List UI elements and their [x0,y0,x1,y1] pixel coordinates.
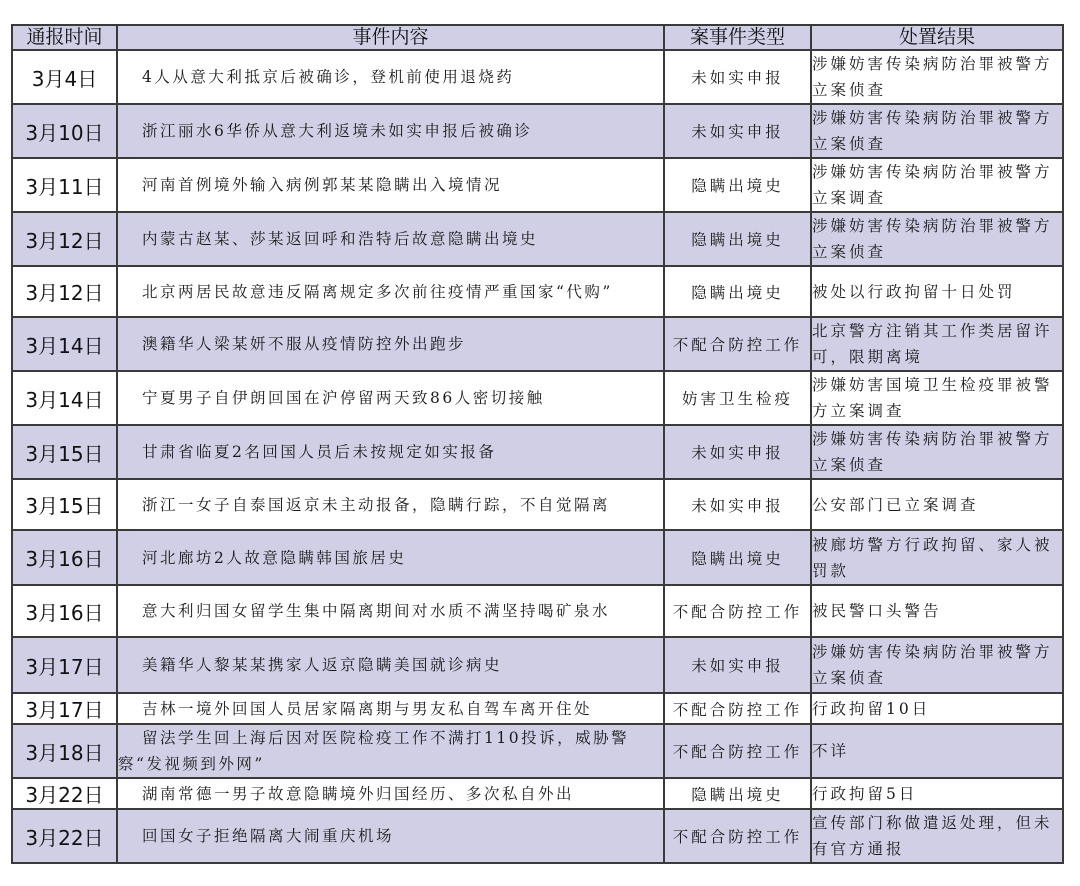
case-type-cell: 隐瞒出境史 [664,530,811,585]
disposal-result-cell: 被民警口头警告 [811,585,1063,637]
case-type-cell: 未如实申报 [664,50,811,104]
disposal-result-cell: 北京警方注销其工作类居留许可，限期离境 [811,317,1063,371]
event-content-cell: 意大利归国女留学生集中隔离期间对水质不满坚持喝矿泉水 [117,585,664,637]
table-body: 3月4日4人从意大利抵京后被确诊，登机前使用退烧药未如实申报涉嫌妨害传染病防治罪… [12,50,1063,863]
report-date-cell: 3月15日 [12,425,117,479]
report-date-cell: 3月16日 [12,585,117,637]
case-type-cell: 未如实申报 [664,479,811,530]
case-type-cell: 未如实申报 [664,425,811,479]
disposal-result-cell: 涉嫌妨害传染病防治罪被警方立案侦查 [811,104,1063,158]
table-row: 3月15日甘肃省临夏2名回国人员后未按规定如实报备未如实申报涉嫌妨害传染病防治罪… [12,425,1063,479]
event-content-cell: 4人从意大利抵京后被确诊，登机前使用退烧药 [117,50,664,104]
event-content-cell: 河北廊坊2人故意隐瞒韩国旅居史 [117,530,664,585]
table-row: 3月12日北京两居民故意违反隔离规定多次前往疫情严重国家“代购”隐瞒出境史被处以… [12,266,1063,317]
header-row: 通报时间 事件内容 案事件类型 处置结果 [12,25,1063,50]
header-disposal-result: 处置结果 [811,25,1063,50]
report-date-cell: 3月14日 [12,317,117,371]
event-content-cell: 甘肃省临夏2名回国人员后未按规定如实报备 [117,425,664,479]
disposal-result-cell: 被处以行政拘留十日处罚 [811,266,1063,317]
report-date-cell: 3月16日 [12,530,117,585]
header-event-content: 事件内容 [117,25,664,50]
disposal-result-cell: 涉嫌妨害传染病防治罪被警方立案侦查 [811,212,1063,266]
event-content-cell: 澳籍华人梁某妍不服从疫情防控外出跑步 [117,317,664,371]
disposal-result-cell: 公安部门已立案调查 [811,479,1063,530]
disposal-result-cell: 涉嫌妨害传染病防治罪被警方立案侦查 [811,637,1063,693]
case-type-cell: 隐瞒出境史 [664,266,811,317]
table-row: 3月12日内蒙古赵某、莎某返回呼和浩特后故意隐瞒出境史隐瞒出境史涉嫌妨害传染病防… [12,212,1063,266]
event-content-cell: 浙江一女子自泰国返京未主动报备，隐瞒行踪，不自觉隔离 [117,479,664,530]
case-type-cell: 不配合防控工作 [664,317,811,371]
disposal-result-cell: 涉嫌妨害国境卫生检疫罪被警方立案调查 [811,371,1063,425]
case-type-cell: 不配合防控工作 [664,809,811,863]
report-date-cell: 3月22日 [12,778,117,809]
report-date-cell: 3月15日 [12,479,117,530]
event-content-cell: 内蒙古赵某、莎某返回呼和浩特后故意隐瞒出境史 [117,212,664,266]
header-case-type: 案事件类型 [664,25,811,50]
table-row: 3月14日宁夏男子自伊朗回国在沪停留两天致86人密切接触妨害卫生检疫涉嫌妨害国境… [12,371,1063,425]
table-row: 3月22日回国女子拒绝隔离大闹重庆机场不配合防控工作宣传部门称做遣返处理，但未有… [12,809,1063,863]
disposal-result-cell: 宣传部门称做遣返处理，但未有官方通报 [811,809,1063,863]
table-row: 3月16日意大利归国女留学生集中隔离期间对水质不满坚持喝矿泉水不配合防控工作被民… [12,585,1063,637]
table-row: 3月17日美籍华人黎某某携家人返京隐瞒美国就诊病史未如实申报涉嫌妨害传染病防治罪… [12,637,1063,693]
case-type-cell: 隐瞒出境史 [664,778,811,809]
table-row: 3月18日留法学生回上海后因对医院检疫工作不满打110投诉，威胁警察“发视频到外… [12,724,1063,778]
case-type-cell: 不配合防控工作 [664,693,811,724]
table-row: 3月16日河北廊坊2人故意隐瞒韩国旅居史隐瞒出境史被廊坊警方行政拘留、家人被罚款 [12,530,1063,585]
report-date-cell: 3月10日 [12,104,117,158]
report-date-cell: 3月4日 [12,50,117,104]
event-content-cell: 回国女子拒绝隔离大闹重庆机场 [117,809,664,863]
table-row: 3月22日湖南常德一男子故意隐瞒境外归国经历、多次私自外出隐瞒出境史行政拘留5日 [12,778,1063,809]
incident-table: 通报时间 事件内容 案事件类型 处置结果 3月4日4人从意大利抵京后被确诊，登机… [11,24,1064,864]
report-date-cell: 3月22日 [12,809,117,863]
event-content-cell: 北京两居民故意违反隔离规定多次前往疫情严重国家“代购” [117,266,664,317]
case-type-cell: 妨害卫生检疫 [664,371,811,425]
table-row: 3月14日澳籍华人梁某妍不服从疫情防控外出跑步不配合防控工作北京警方注销其工作类… [12,317,1063,371]
event-content-cell: 河南首例境外输入病例郭某某隐瞒出入境情况 [117,158,664,212]
case-type-cell: 隐瞒出境史 [664,158,811,212]
report-date-cell: 3月12日 [12,212,117,266]
event-content-cell: 美籍华人黎某某携家人返京隐瞒美国就诊病史 [117,637,664,693]
disposal-result-cell: 涉嫌妨害传染病防治罪被警方立案侦查 [811,50,1063,104]
disposal-result-cell: 涉嫌妨害传染病防治罪被警方立案侦查 [811,425,1063,479]
disposal-result-cell: 行政拘留5日 [811,778,1063,809]
report-date-cell: 3月18日 [12,724,117,778]
report-date-cell: 3月14日 [12,371,117,425]
case-type-cell: 未如实申报 [664,104,811,158]
disposal-result-cell: 不详 [811,724,1063,778]
disposal-result-cell: 被廊坊警方行政拘留、家人被罚款 [811,530,1063,585]
case-type-cell: 未如实申报 [664,637,811,693]
disposal-result-cell: 涉嫌妨害传染病防治罪被警方立案调查 [811,158,1063,212]
report-date-cell: 3月17日 [12,637,117,693]
report-date-cell: 3月11日 [12,158,117,212]
case-type-cell: 隐瞒出境史 [664,212,811,266]
header-report-time: 通报时间 [12,25,117,50]
table-row: 3月4日4人从意大利抵京后被确诊，登机前使用退烧药未如实申报涉嫌妨害传染病防治罪… [12,50,1063,104]
table-row: 3月11日河南首例境外输入病例郭某某隐瞒出入境情况隐瞒出境史涉嫌妨害传染病防治罪… [12,158,1063,212]
report-date-cell: 3月17日 [12,693,117,724]
table-row: 3月10日浙江丽水6华侨从意大利返境未如实申报后被确诊未如实申报涉嫌妨害传染病防… [12,104,1063,158]
table-row: 3月17日吉林一境外回国人员居家隔离期与男友私自驾车离开住处不配合防控工作行政拘… [12,693,1063,724]
event-content-cell: 留法学生回上海后因对医院检疫工作不满打110投诉，威胁警察“发视频到外网” [117,724,664,778]
event-content-cell: 吉林一境外回国人员居家隔离期与男友私自驾车离开住处 [117,693,664,724]
event-content-cell: 湖南常德一男子故意隐瞒境外归国经历、多次私自外出 [117,778,664,809]
table-row: 3月15日浙江一女子自泰国返京未主动报备，隐瞒行踪，不自觉隔离未如实申报公安部门… [12,479,1063,530]
case-type-cell: 不配合防控工作 [664,585,811,637]
event-content-cell: 宁夏男子自伊朗回国在沪停留两天致86人密切接触 [117,371,664,425]
case-type-cell: 不配合防控工作 [664,724,811,778]
report-date-cell: 3月12日 [12,266,117,317]
disposal-result-cell: 行政拘留10日 [811,693,1063,724]
event-content-cell: 浙江丽水6华侨从意大利返境未如实申报后被确诊 [117,104,664,158]
